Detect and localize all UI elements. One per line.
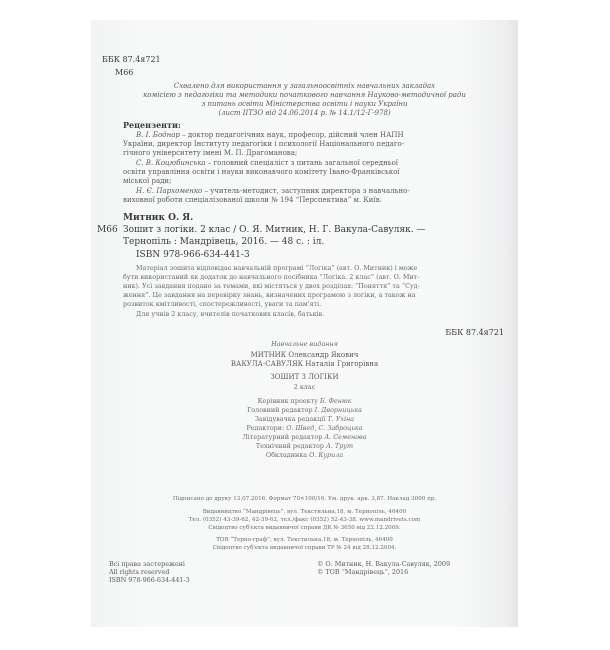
approval-line-2: комісією з педагогіки та методики початк… (91, 91, 518, 100)
staff-name: О. Курила (309, 451, 343, 459)
staff-role: Редактори: (246, 424, 286, 432)
staff-name: Т. Ухіна (327, 415, 354, 423)
staff-role: Головний редактор (247, 406, 315, 414)
edition-type: Навчальне видання (91, 340, 518, 348)
bbk-code: ББК 87.4я721 (102, 55, 161, 65)
annotation-line: ження”. Це завдання на перевірку знань, … (123, 291, 416, 299)
annotation-line: ник). Усі завдання подано за темами, які… (123, 282, 420, 290)
reviewer-text: освіти управління освіти і науки виконав… (123, 168, 400, 177)
staff-line: Редактори: О. Швед, С. Заброцька (91, 424, 518, 432)
reviewers-heading: Рецензенти: (123, 120, 181, 130)
annotation-line: Матеріал зошита відповідає навчальній пр… (136, 264, 417, 272)
footer-isbn: ISBN 978-966-634-441-3 (109, 576, 190, 584)
staff-role: Технічний редактор (256, 442, 326, 450)
reviewer-name: В. І. Боднар (136, 131, 180, 139)
staff-role: Керівник проекту (258, 397, 320, 405)
annotation-line: бути використаний як додаток до навчальн… (123, 273, 419, 281)
publisher-line: Тел. (0352) 43-39-62, 42-39-62, тел./фак… (91, 516, 518, 524)
printer-line: Свідоцтво суб'єкта видавничої справи ТР … (91, 544, 518, 552)
reviewer-name: С. В. Коцюбинська (136, 159, 206, 167)
staff-name: А. Семенова (324, 433, 366, 441)
reviewer-text: – головний спеціаліст з питань загальної… (206, 159, 398, 167)
reviewer-name: Н. Є. Пархоменко (136, 187, 202, 195)
rights-ua: Всі права застережені (109, 560, 185, 568)
bbk-code-right: ББК 87.4я721 (445, 328, 504, 338)
book-imprint-page: ББК 87.4я721 М66 Схвалено для використан… (91, 20, 518, 627)
staff-line: Обкладинка О. Курила (91, 451, 518, 459)
publisher-line: Свідоцтво суб'єкта видавничої справи ДК … (91, 524, 518, 532)
staff-role: Обкладинка (266, 451, 309, 459)
reviewer-text: гічного університету імені М. П. Драгома… (123, 149, 297, 158)
staff-role: Літературний редактор (242, 433, 324, 441)
copyright-publisher: © ТОВ “Мандрівець”, 2016 (317, 568, 408, 576)
catalog-title-line-2: Тернопіль : Мандрівець, 2016. — 48 с. : … (123, 237, 324, 247)
printer-line: ТОВ “Терно-граф”, вул. Текстильна,18, м.… (91, 536, 518, 544)
rights-en: All rights reserved (109, 568, 169, 576)
imprint-title: ЗОШИТ З ЛОГІКИ (91, 373, 518, 382)
publisher-line: Видавництво “Мандрівець”, вул. Текстильн… (91, 508, 518, 516)
annotation-line: розвиток кмітливості, спостережливості, … (123, 300, 321, 308)
staff-name: Б. Фенюк (320, 397, 352, 405)
staff-name: О. Швед, С. Заброцька (286, 424, 362, 432)
staff-role: Завідувачка редакції (255, 415, 327, 423)
catalog-author-heading: Митник О. Я. (123, 213, 193, 223)
print-info: Підписано до друку 13.07.2016. Формат 70… (91, 495, 518, 503)
catalog-title-line-1: Зошит з логіки. 2 клас / О. Я. Митник, Н… (123, 225, 425, 235)
copyright-authors: © О. Митник, Н. Вакула-Савуляк, 2009 (317, 560, 450, 568)
approval-line-4: (лист ІІТЗО від 24.06.2014 р. № 14.1/12-… (91, 109, 518, 118)
approval-line-1: Схвалено для використання у загальноосві… (91, 82, 518, 91)
audience-line: Для учнів 2 класу, вчителів початкових к… (136, 310, 324, 318)
staff-name: А. Трут (326, 442, 353, 450)
imprint-grade: 2 клас (91, 383, 518, 391)
staff-line: Керівник проекту Б. Фенюк (91, 397, 518, 405)
approval-line-3: з питань освіти Міністерства освіти і на… (91, 100, 518, 109)
reviewer-text: – учитель-методист, заступник директора … (202, 187, 409, 195)
catalog-isbn: ISBN 978-966-634-441-3 (136, 250, 250, 260)
author-mark: М66 (115, 68, 133, 78)
staff-line: Завідувачка редакції Т. Ухіна (91, 415, 518, 423)
catalog-mark: М66 (97, 225, 118, 235)
staff-line: Літературний редактор А. Семенова (91, 433, 518, 441)
staff-line: Технічний редактор А. Трут (91, 442, 518, 450)
staff-name: І. Дворницька (315, 406, 362, 414)
reviewer-text: – доктор педагогічних наук, професор, ді… (180, 131, 404, 139)
staff-line: Головний редактор І. Дворницька (91, 406, 518, 414)
reviewer-text: виховної роботи спеціалізованої школи № … (123, 196, 382, 205)
reviewer-text: України, директор Інституту педагогіки і… (123, 140, 404, 149)
imprint-author-2: ВАКУЛА-САВУЛЯК Наталія Григорівна (91, 360, 518, 369)
imprint-author-1: МИТНИК Олександр Якович (91, 351, 518, 360)
reviewer-text: міської ради; (123, 177, 171, 186)
